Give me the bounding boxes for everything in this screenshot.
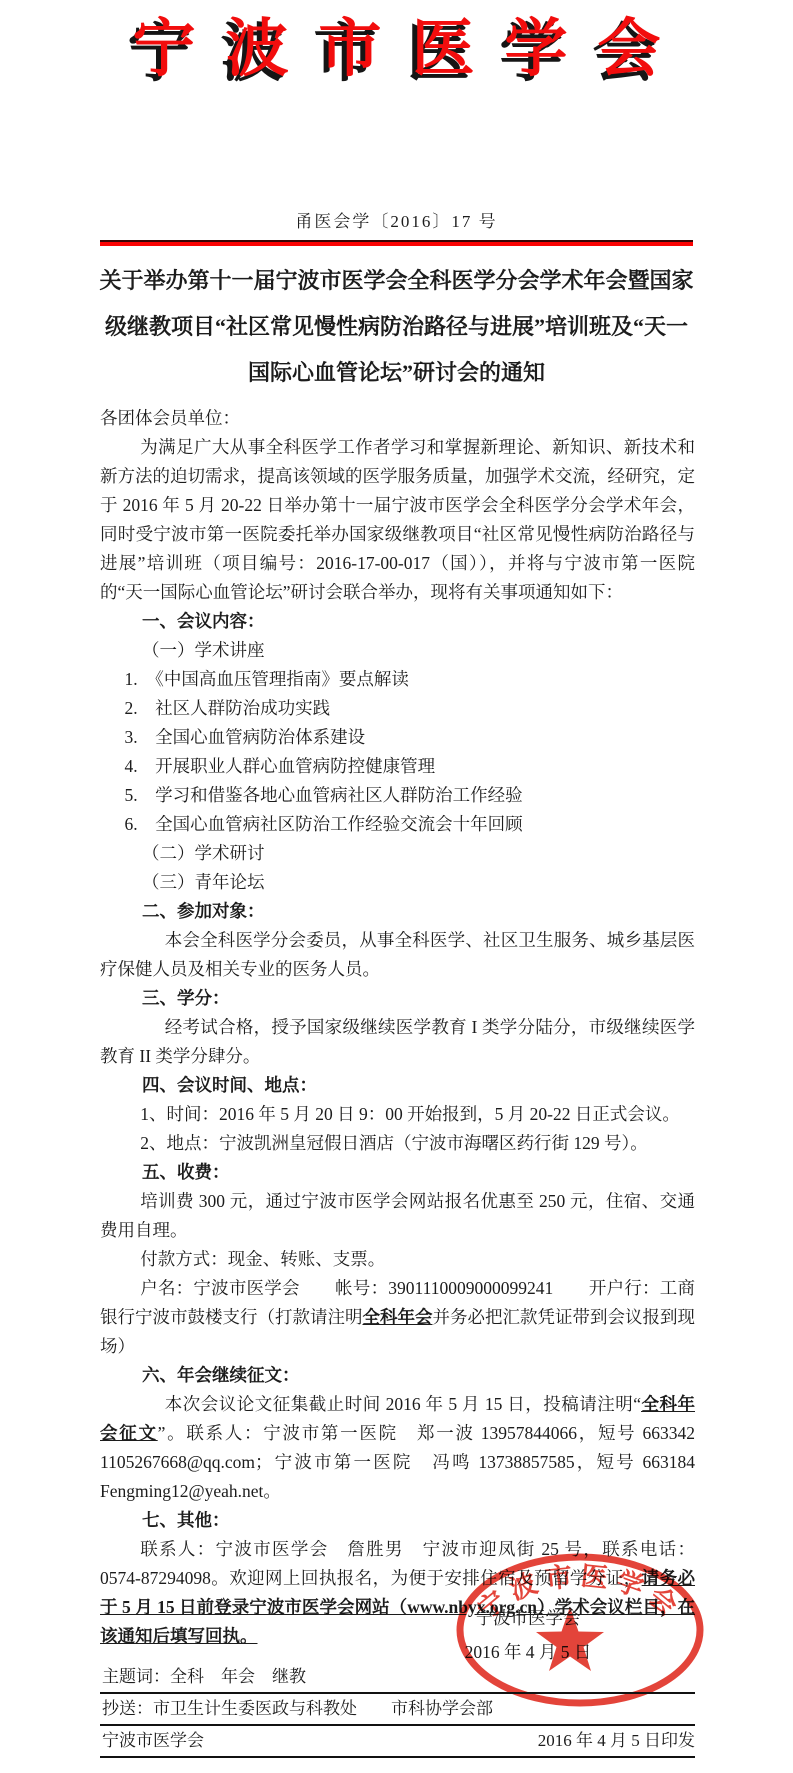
section-5-account: 户名：宁波市医学会 帐号：3901110009000099241 开户行：工商银… — [100, 1274, 695, 1361]
section-1-sub-3: （三）青年论坛 — [100, 868, 695, 897]
account-emphasis: 全科年会 — [363, 1307, 433, 1327]
issue-date: 2016 年 4 月 5 日印发 — [538, 1727, 695, 1754]
subject-row: 主题词：全科 年会 继教 — [100, 1662, 695, 1692]
signature-org: 宁波市医学会 — [452, 1601, 604, 1635]
section-5-payment: 付款方式：现金、转账、支票。 — [100, 1245, 695, 1274]
section-1-sub-1: （一）学术讲座 — [100, 636, 695, 665]
notice-body: 各团体会员单位： 为满足广大从事全科医学工作者学习和掌握新理论、新知识、新技术和… — [100, 404, 695, 1651]
section-3-text: 经考试合格，授予国家级继续医学教育 I 类学分陆分，市级继续医学教育 II 类学… — [100, 1013, 695, 1071]
section-1-heading: 一、会议内容： — [100, 607, 695, 636]
other-text-pre: 联系人：宁波市医学会 詹胜男 宁波市迎凤街 25 号，联系电话：0574-872… — [100, 1539, 695, 1588]
section-4-time: 1、时间：2016 年 5 月 20 日 9：00 开始报到，5 月 20-22… — [100, 1100, 695, 1129]
cfp-text-pre: 本次会议论文征集截止时间 2016 年 5 月 15 日，投稿请注明“ — [165, 1394, 641, 1414]
section-2-text: 本会全科医学分会委员，从事全科医学、社区卫生服务、城乡基层医疗保健人员及相关专业… — [100, 926, 695, 984]
subject-label: 主题词： — [102, 1667, 170, 1686]
cc-label: 抄送： — [102, 1699, 153, 1718]
lecture-item: 6. 全国心血管病社区防治工作经验交流会十年回顾 — [100, 810, 695, 839]
section-5-fee: 培训费 300 元，通过宁波市医学会网站报名优惠至 250 元，住宿、交通费用自… — [100, 1187, 695, 1245]
section-6-text: 本次会议论文征集截止时间 2016 年 5 月 15 日，投稿请注明“全科年会征… — [100, 1390, 695, 1506]
red-separator-line — [100, 240, 693, 246]
cc-row: 抄送：市卫生计生委医政与科教处 市科协学会部 — [100, 1694, 695, 1724]
lecture-item: 4. 开展职业人群心血管病防控健康管理 — [100, 752, 695, 781]
issue-row: 宁波市医学会 2016 年 4 月 5 日印发 — [100, 1726, 695, 1756]
signature-block: 宁波市医学会 2016 年 4 月 5 日 — [452, 1601, 604, 1669]
section-5-heading: 五、收费： — [100, 1158, 695, 1187]
footer-block: 主题词：全科 年会 继教 抄送：市卫生计生委医政与科教处 市科协学会部 宁波市医… — [100, 1662, 695, 1758]
title-line-1: 关于举办第十一届宁波市医学会全科医学分会学术年会暨国家 — [0, 258, 793, 304]
section-4-heading: 四、会议时间、地点： — [100, 1071, 695, 1100]
subject-terms: 全科 年会 继教 — [170, 1667, 306, 1686]
document-number: 甬医会学〔2016〕17 号 — [0, 207, 793, 232]
lecture-item: 3. 全国心血管病防治体系建设 — [100, 723, 695, 752]
section-6-heading: 六、年会继续征文： — [100, 1361, 695, 1390]
lecture-item: 5. 学习和借鉴各地心血管病社区人群防治工作经验 — [100, 781, 695, 810]
section-4-place: 2、地点：宁波凯洲皇冠假日酒店（宁波市海曙区药行街 129 号）。 — [100, 1129, 695, 1158]
notice-title: 关于举办第十一届宁波市医学会全科医学分会学术年会暨国家 级继教项目“社区常见慢性… — [0, 258, 793, 396]
footer-rule-3 — [100, 1756, 695, 1758]
org-letterhead: 宁波市医学会 — [0, 10, 793, 89]
cfp-text-post: ”。联系人：宁波市第一医院 郑一波 13957844066，短号 663342 … — [100, 1423, 695, 1501]
salutation: 各团体会员单位： — [100, 404, 695, 433]
title-line-2: 级继教项目“社区常见慢性病防治路径与进展”培训班及“天一 — [0, 304, 793, 350]
notice-document: 宁波市医学会 甬医会学〔2016〕17 号 关于举办第十一届宁波市医学会全科医学… — [0, 0, 793, 1773]
section-3-heading: 三、学分： — [100, 984, 695, 1013]
section-7-text: 联系人：宁波市医学会 詹胜男 宁波市迎凤街 25 号，联系电话：0574-872… — [100, 1535, 695, 1651]
issuer-name: 宁波市医学会 — [102, 1727, 204, 1754]
cc-recipients: 市卫生计生委医政与科教处 市科协学会部 — [153, 1699, 493, 1718]
lecture-item: 1. 《中国高血压管理指南》要点解读 — [100, 665, 695, 694]
section-7-heading: 七、其他： — [100, 1506, 695, 1535]
intro-paragraph: 为满足广大从事全科医学工作者学习和掌握新理论、新知识、新技术和新方法的迫切需求，… — [100, 433, 695, 607]
lecture-item: 2. 社区人群防治成功实践 — [100, 694, 695, 723]
section-1-sub-2: （二）学术研讨 — [100, 839, 695, 868]
section-2-heading: 二、参加对象： — [100, 897, 695, 926]
title-line-3: 国际心血管论坛”研讨会的通知 — [0, 350, 793, 396]
